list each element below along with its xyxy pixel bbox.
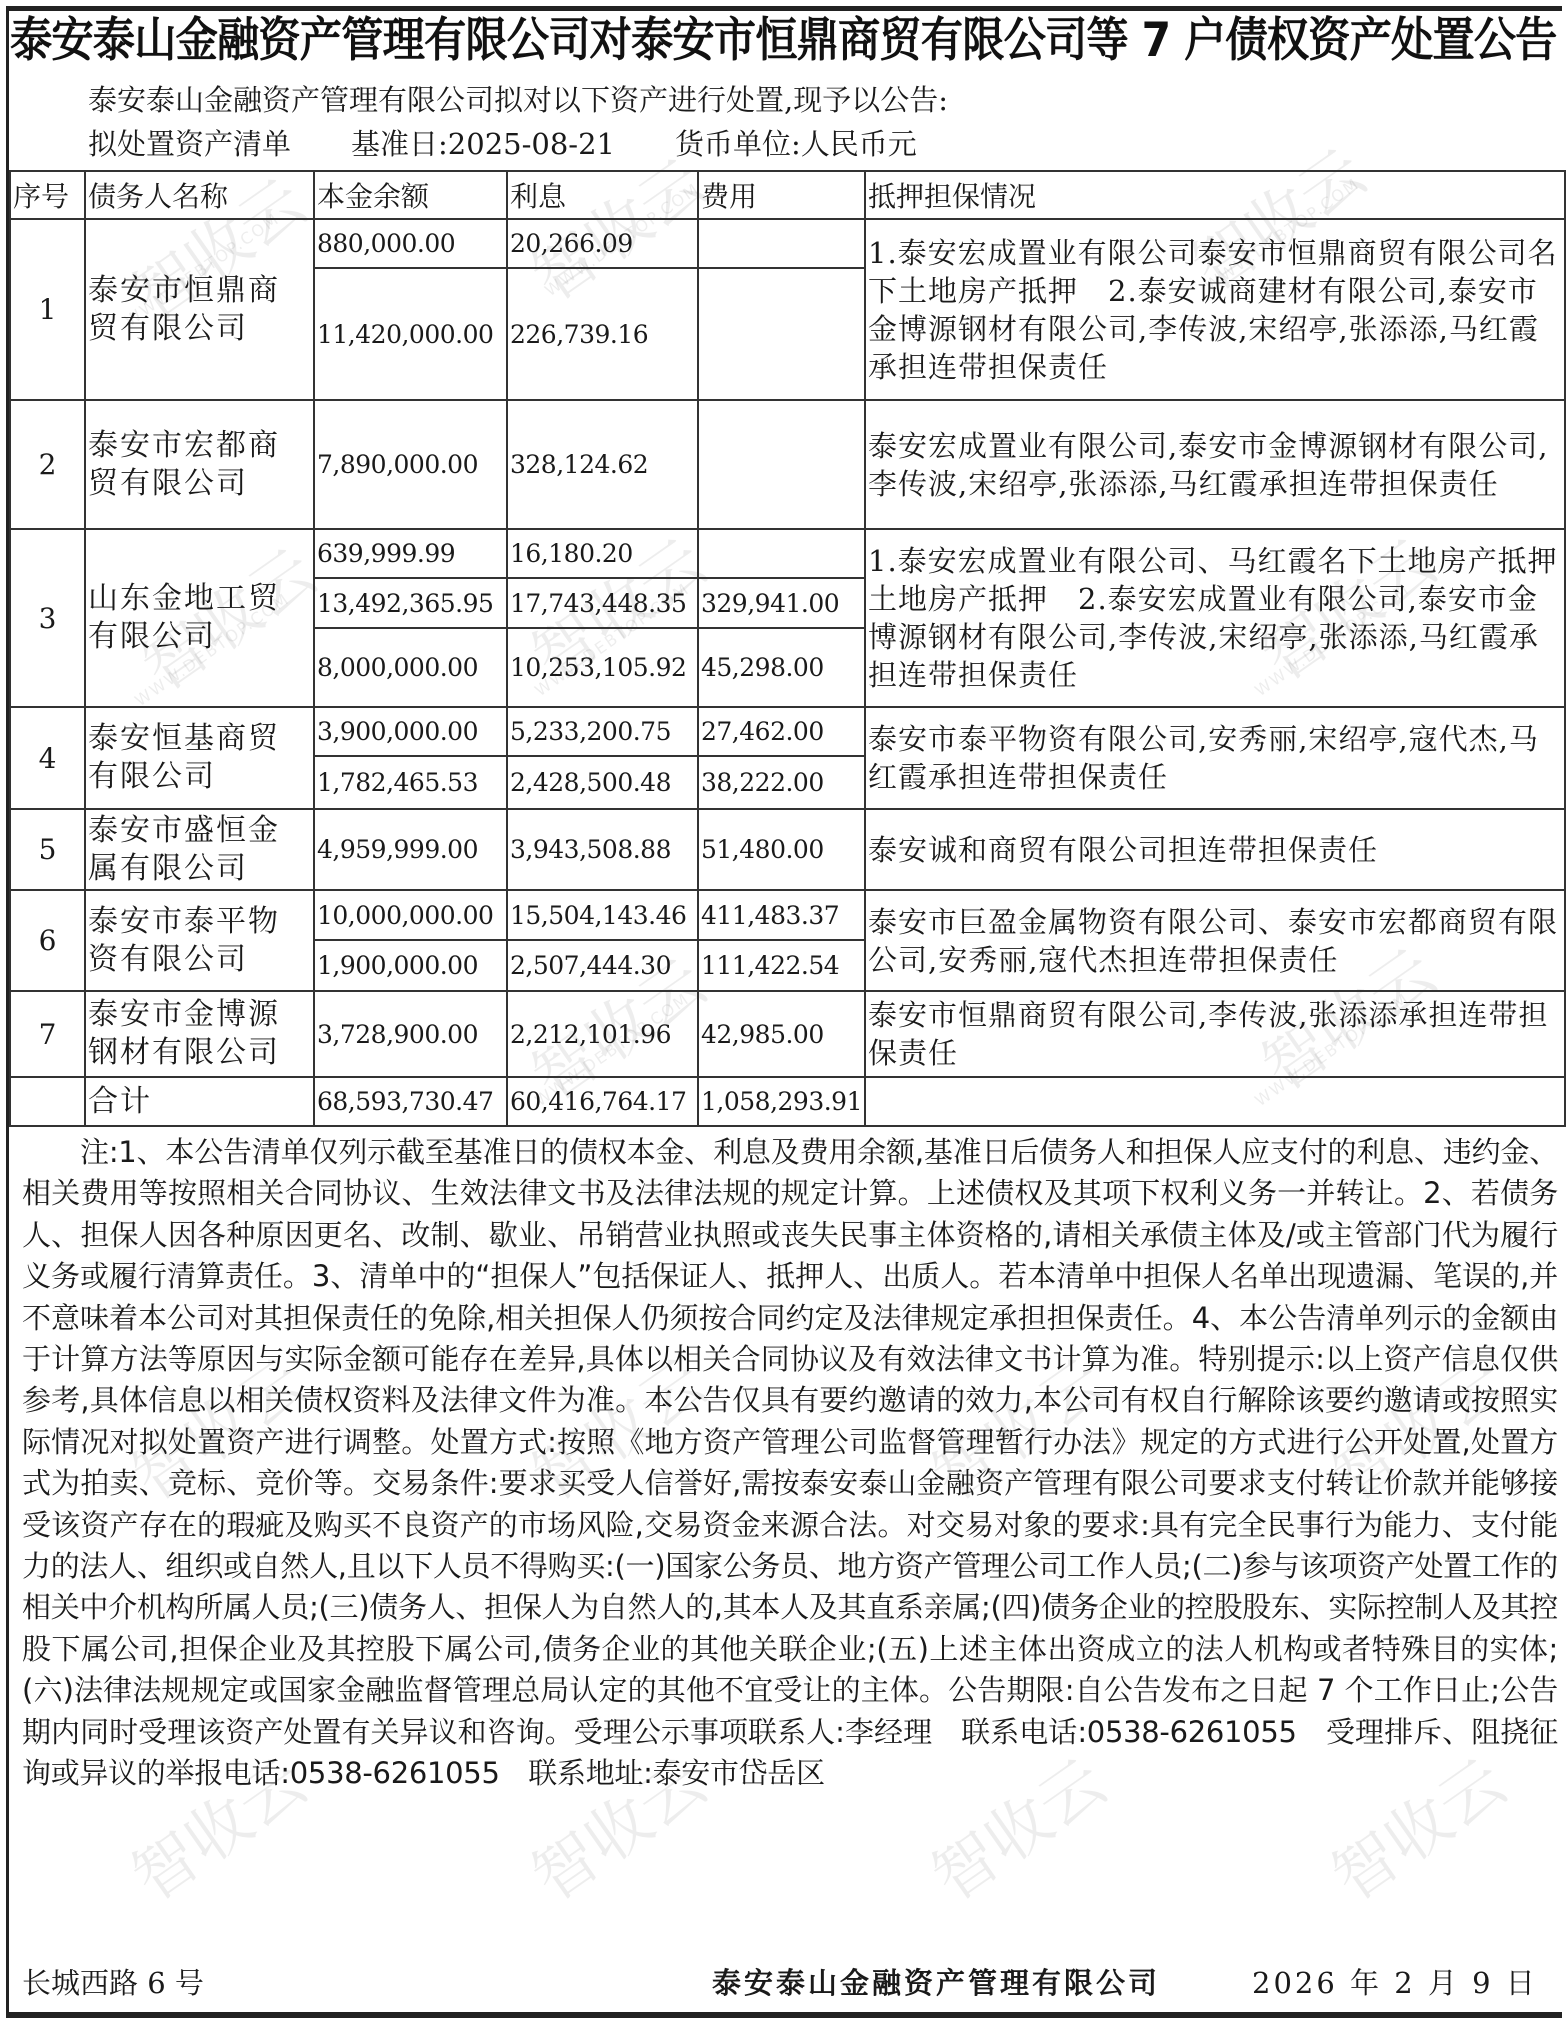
notice-intro: 泰安泰山金融资产管理有限公司拟对以下资产进行处置,现予以公告: bbox=[88, 80, 948, 120]
table-header-row: 序号 债务人名称 本金余额 利息 费用 抵押担保情况 bbox=[10, 171, 1565, 219]
cell-seq: 2 bbox=[10, 400, 85, 529]
cell-guarantee: 泰安诚和商贸有限公司担连带担保责任 bbox=[865, 809, 1565, 890]
currency-unit: 货币单位:人民币元 bbox=[675, 124, 917, 164]
header-seq: 序号 bbox=[10, 171, 85, 219]
cell-debtor: 泰安市盛恒金属有限公司 bbox=[85, 809, 314, 890]
cell-fee: 51,480.00 bbox=[698, 809, 865, 890]
address-tail: 长城西路 6 号 bbox=[22, 1962, 204, 2004]
cell-guarantee: 1.泰安宏成置业有限公司泰安市恒鼎商贸有限公司名下土地房产抵押 2.泰安诚商建材… bbox=[865, 219, 1565, 400]
cell-principal: 3,900,000.00 bbox=[314, 707, 507, 756]
cell-guarantee: 1.泰安宏成置业有限公司、马红霞名下土地房产抵押土地房产抵押 2.泰安宏成置业有… bbox=[865, 529, 1565, 707]
table-row: 5 泰安市盛恒金属有限公司 4,959,999.00 3,943,508.88 … bbox=[10, 809, 1565, 890]
cell-fee: 329,941.00 bbox=[698, 578, 865, 628]
cell-fee: 45,298.00 bbox=[698, 628, 865, 707]
cell-total-principal: 68,593,730.47 bbox=[314, 1077, 507, 1126]
cell-guarantee: 泰安市巨盈金属物资有限公司、泰安市宏都商贸有限公司,安秀丽,寇代杰担连带担保责任 bbox=[865, 890, 1565, 991]
signature-date: 2026 年 2 月 9 日 bbox=[1252, 1962, 1538, 2004]
cell-principal: 4,959,999.00 bbox=[314, 809, 507, 890]
cell-seq: 7 bbox=[10, 991, 85, 1077]
cell-fee bbox=[698, 400, 865, 529]
cell-debtor: 泰安市泰平物资有限公司 bbox=[85, 890, 314, 991]
table-row: 7 泰安市金博源钢材有限公司 3,728,900.00 2,212,101.96… bbox=[10, 991, 1565, 1077]
cell-debtor: 泰安恒基商贸有限公司 bbox=[85, 707, 314, 809]
cell-interest: 2,507,444.30 bbox=[507, 940, 698, 991]
cell-principal: 10,000,000.00 bbox=[314, 890, 507, 940]
cell-guarantee: 泰安宏成置业有限公司,泰安市金博源钢材有限公司,李传波,宋绍亭,张添添,马红霞承… bbox=[865, 400, 1565, 529]
cell-fee: 42,985.00 bbox=[698, 991, 865, 1077]
cell-seq-empty bbox=[10, 1077, 85, 1126]
signature-company: 泰安泰山金融资产管理有限公司 bbox=[712, 1962, 1160, 2004]
table-row: 6 泰安市泰平物资有限公司 10,000,000.00 15,504,143.4… bbox=[10, 890, 1565, 940]
cell-interest: 15,504,143.46 bbox=[507, 890, 698, 940]
cell-guarantee-empty bbox=[865, 1077, 1565, 1126]
cell-fee bbox=[698, 219, 865, 268]
cell-seq: 6 bbox=[10, 890, 85, 991]
cell-debtor: 山东金地工贸有限公司 bbox=[85, 529, 314, 707]
cell-interest: 16,180.20 bbox=[507, 529, 698, 578]
cell-fee bbox=[698, 529, 865, 578]
table-row: 3 山东金地工贸有限公司 639,999.99 16,180.20 1.泰安宏成… bbox=[10, 529, 1565, 578]
cell-debtor: 泰安市金博源钢材有限公司 bbox=[85, 991, 314, 1077]
cell-interest: 2,428,500.48 bbox=[507, 756, 698, 809]
asset-table: 序号 债务人名称 本金余额 利息 费用 抵押担保情况 1 泰安市恒鼎商贸有限公司… bbox=[9, 170, 1566, 1127]
cell-interest: 10,253,105.92 bbox=[507, 628, 698, 707]
cell-interest: 5,233,200.75 bbox=[507, 707, 698, 756]
cell-fee: 38,222.00 bbox=[698, 756, 865, 809]
cell-debtor: 泰安市恒鼎商贸有限公司 bbox=[85, 219, 314, 400]
cell-interest: 2,212,101.96 bbox=[507, 991, 698, 1077]
header-fee: 费用 bbox=[698, 171, 865, 219]
cell-seq: 4 bbox=[10, 707, 85, 809]
cell-principal: 1,900,000.00 bbox=[314, 940, 507, 991]
asset-list-meta: 拟处置资产清单基准日:2025-08-21货币单位:人民币元 bbox=[88, 124, 917, 164]
header-principal: 本金余额 bbox=[314, 171, 507, 219]
header-interest: 利息 bbox=[507, 171, 698, 219]
table-row: 1 泰安市恒鼎商贸有限公司 880,000.00 20,266.09 1.泰安宏… bbox=[10, 219, 1565, 268]
cell-principal: 8,000,000.00 bbox=[314, 628, 507, 707]
cell-fee: 111,422.54 bbox=[698, 940, 865, 991]
cell-interest: 3,943,508.88 bbox=[507, 809, 698, 890]
cell-interest: 20,266.09 bbox=[507, 219, 698, 268]
cell-fee: 411,483.37 bbox=[698, 890, 865, 940]
cell-seq: 1 bbox=[10, 219, 85, 400]
cell-guarantee: 泰安市恒鼎商贸有限公司,李传波,张添添承担连带担保责任 bbox=[865, 991, 1565, 1077]
cell-principal: 11,420,000.00 bbox=[314, 268, 507, 400]
cell-interest: 226,739.16 bbox=[507, 268, 698, 400]
notes-text: 注:1、本公告清单仅列示截至基准日的债权本金、利息及费用余额,基准日后债务人和担… bbox=[22, 1132, 1558, 1795]
asset-list-label: 拟处置资产清单 bbox=[88, 124, 291, 164]
cell-principal: 639,999.99 bbox=[314, 529, 507, 578]
cell-guarantee: 泰安市泰平物资有限公司,安秀丽,宋绍亭,寇代杰,马红霞承担连带担保责任 bbox=[865, 707, 1565, 809]
cell-principal: 880,000.00 bbox=[314, 219, 507, 268]
table-row: 4 泰安恒基商贸有限公司 3,900,000.00 5,233,200.75 2… bbox=[10, 707, 1565, 756]
cell-principal: 13,492,365.95 bbox=[314, 578, 507, 628]
cell-debtor: 泰安市宏都商贸有限公司 bbox=[85, 400, 314, 529]
header-debtor: 债务人名称 bbox=[85, 171, 314, 219]
header-guarantee: 抵押担保情况 bbox=[865, 171, 1565, 219]
cell-total-interest: 60,416,764.17 bbox=[507, 1077, 698, 1126]
cell-fee: 27,462.00 bbox=[698, 707, 865, 756]
cell-total-label: 合计 bbox=[85, 1077, 314, 1126]
cell-principal: 1,782,465.53 bbox=[314, 756, 507, 809]
cell-principal: 3,728,900.00 bbox=[314, 991, 507, 1077]
cell-seq: 5 bbox=[10, 809, 85, 890]
notice-title: 泰安泰山金融资产管理有限公司对泰安市恒鼎商贸有限公司等 7 户债权资产处置公告 bbox=[10, 12, 1407, 70]
cell-total-fee: 1,058,293.91 bbox=[698, 1077, 865, 1126]
cell-interest: 17,743,448.35 bbox=[507, 578, 698, 628]
table-total-row: 合计 68,593,730.47 60,416,764.17 1,058,293… bbox=[10, 1077, 1565, 1126]
notes-section: 注:1、本公告清单仅列示截至基准日的债权本金、利息及费用余额,基准日后债务人和担… bbox=[22, 1132, 1558, 1795]
cell-fee bbox=[698, 268, 865, 400]
cell-principal: 7,890,000.00 bbox=[314, 400, 507, 529]
base-date: 基准日:2025-08-21 bbox=[351, 124, 615, 164]
cell-interest: 328,124.62 bbox=[507, 400, 698, 529]
table-row: 2 泰安市宏都商贸有限公司 7,890,000.00 328,124.62 泰安… bbox=[10, 400, 1565, 529]
cell-seq: 3 bbox=[10, 529, 85, 707]
